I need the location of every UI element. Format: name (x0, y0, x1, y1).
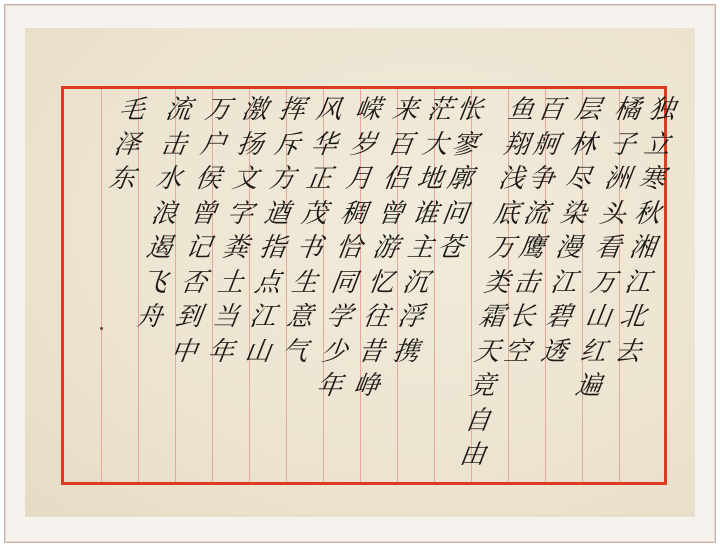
calligraphy-column: 嵘岁月稠恰同学少年 (331, 93, 368, 478)
calligraphy-column: 流击水浪遏飞舟 (146, 93, 183, 478)
ink-speck (100, 327, 103, 330)
calligraphy-column: 万户侯曾记否到中 (183, 93, 220, 478)
calligraphy-column: 毛泽东 (109, 93, 146, 478)
calligraphy-column: 风华正茂书生意气 (294, 93, 331, 478)
calligraphy-text: 毛泽东 (107, 93, 148, 197)
calligraphy-column: 鱼翔浅底万类霜天竞自由 (479, 93, 516, 478)
calligraphy-column: 怅寥廓问苍 (442, 93, 479, 478)
calligraphy-column: 橘子洲头看万山红遍 (590, 93, 627, 478)
calligraphy-column: 层林尽染漫江碧透 (553, 93, 590, 478)
column-rule (101, 89, 102, 482)
calligraphy-column: 激扬文字粪土当年 (220, 93, 257, 478)
calligraphy-column: 挥斥方遒指点江山 (257, 93, 294, 478)
red-ruled-frame: 独立寒秋湘江北去 橘子洲头看万山红遍 层林尽染漫江碧透 百舸争流鹰击长空 鱼翔浅… (61, 86, 667, 485)
